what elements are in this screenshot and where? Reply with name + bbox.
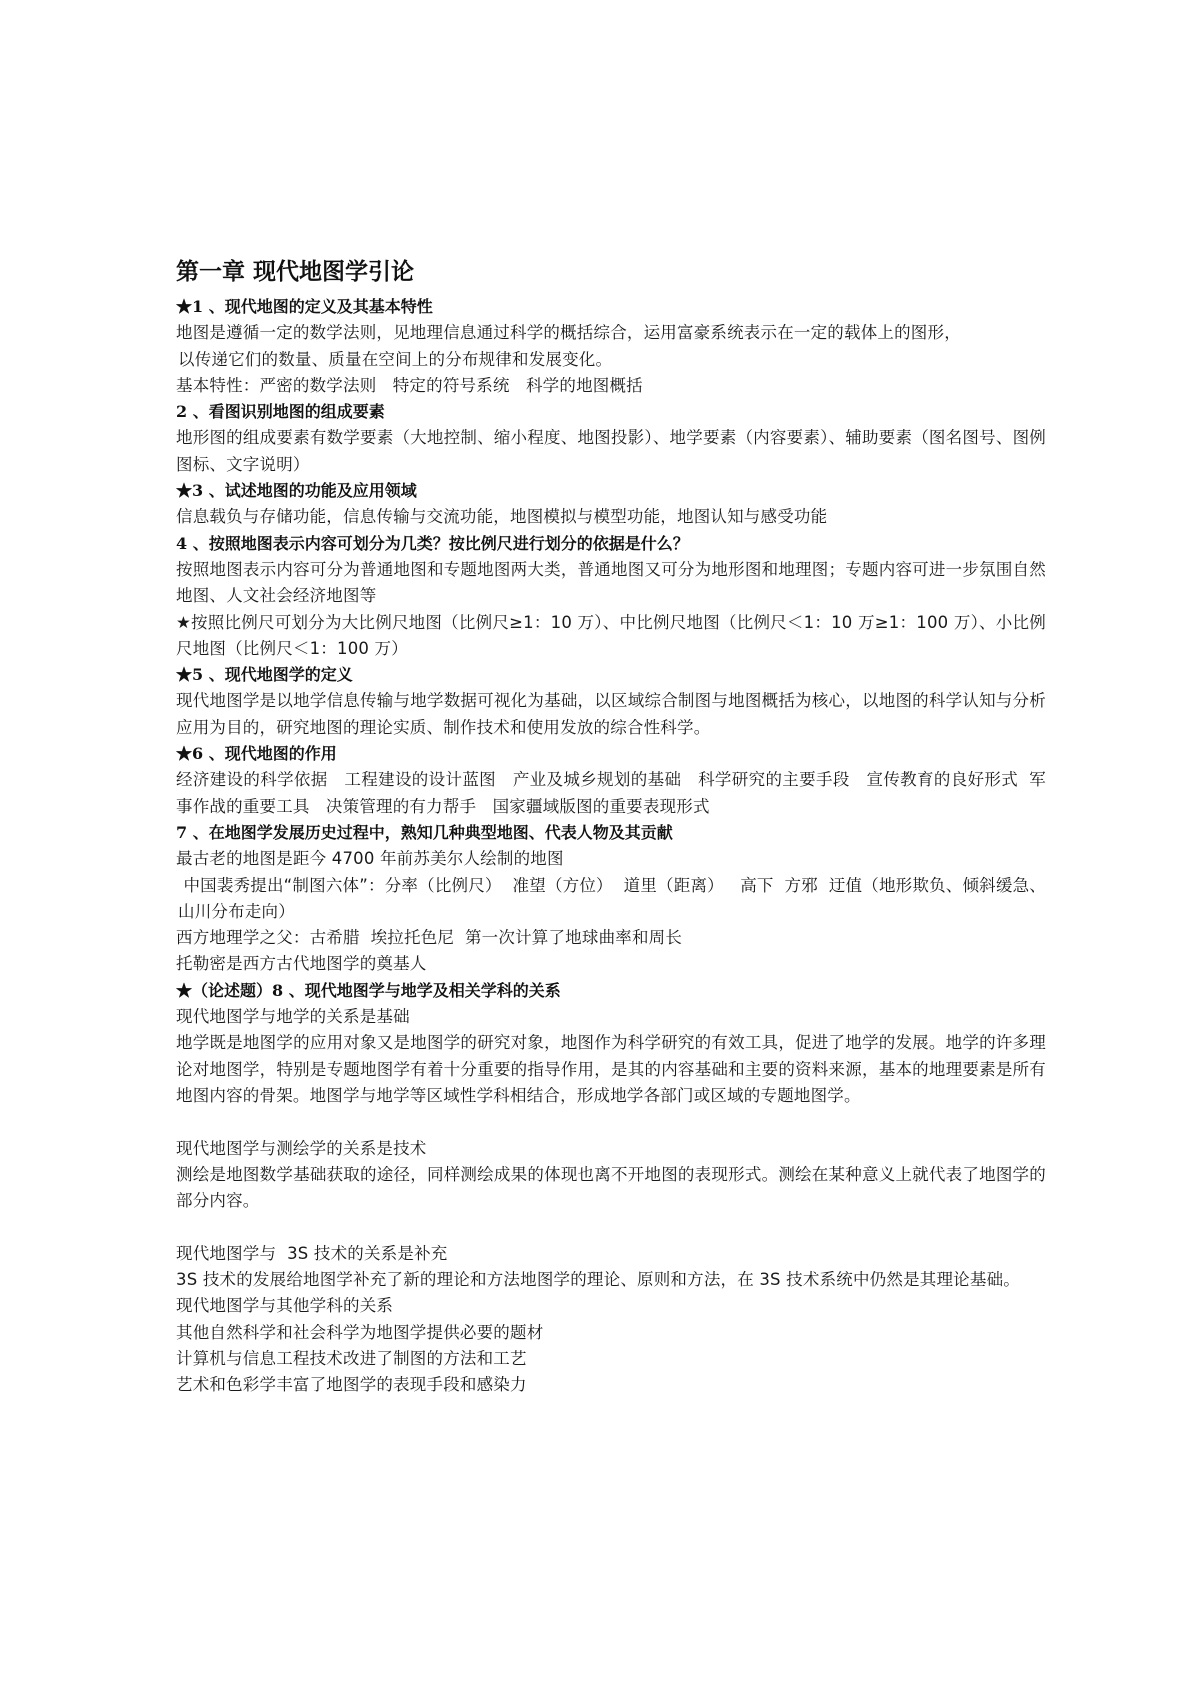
section-4: 4 、按照地图表示内容可划分为几类？按比例尺进行划分的依据是什么？ 按照地图表示… bbox=[176, 531, 1046, 662]
section-heading: ★6 、现代地图的作用 bbox=[176, 741, 1046, 767]
subheading-geoscience: 现代地图学与地学的关系是基础 bbox=[176, 1004, 1046, 1030]
subheading-3s: 现代地图学与 3S 技术的关系是补充 bbox=[176, 1241, 1046, 1267]
section-heading: ★3 、试述地图的功能及应用领域 bbox=[176, 478, 1046, 504]
section-8: ★（论述题）8 、现代地图学与地学及相关学科的关系 现代地图学与地学的关系是基础… bbox=[176, 978, 1046, 1399]
paragraph: 地图是遵循一定的数学法则，见地理信息通过科学的概括综合，运用富豪系统表示在一定的… bbox=[176, 320, 1046, 346]
chapter-title: 第一章 现代地图学引论 bbox=[176, 254, 1046, 290]
paragraph: 地形图的组成要素有数学要素（大地控制、缩小程度、地图投影）、地学要素（内容要素）… bbox=[176, 425, 1046, 478]
paragraph: 信息载负与存储功能，信息传输与交流功能，地图模拟与模型功能，地图认知与感受功能 bbox=[176, 504, 1046, 530]
paragraph: 测绘是地图数学基础获取的途径，同样测绘成果的体现也离不开地图的表现形式。测绘在某… bbox=[176, 1162, 1046, 1215]
section-heading: ★（论述题）8 、现代地图学与地学及相关学科的关系 bbox=[176, 978, 1046, 1004]
section-heading: 2 、看图识别地图的组成要素 bbox=[176, 399, 1046, 425]
paragraph: 其他自然科学和社会科学为地图学提供必要的题材 bbox=[176, 1320, 1046, 1346]
paragraph: 现代地图学是以地学信息传输与地学数据可视化为基础，以区域综合制图与地图概括为核心… bbox=[176, 688, 1046, 741]
paragraph: 以传递它们的数量、质量在空间上的分布规律和发展变化。 bbox=[176, 347, 1046, 373]
paragraph: 托勒密是西方古代地图学的奠基人 bbox=[176, 951, 1046, 977]
section-7: 7 、在地图学发展历史过程中，熟知几种典型地图、代表人物及其贡献 最古老的地图是… bbox=[176, 820, 1046, 978]
section-5: ★5 、现代地图学的定义 现代地图学是以地学信息传输与地学数据可视化为基础，以区… bbox=[176, 662, 1046, 741]
section-6: ★6 、现代地图的作用 经济建设的科学依据 工程建设的设计蓝图 产业及城乡规划的… bbox=[176, 741, 1046, 820]
paragraph: 经济建设的科学依据 工程建设的设计蓝图 产业及城乡规划的基础 科学研究的主要手段… bbox=[176, 767, 1046, 820]
section-heading: 7 、在地图学发展历史过程中，熟知几种典型地图、代表人物及其贡献 bbox=[176, 820, 1046, 846]
paragraph: 计算机与信息工程技术改进了制图的方法和工艺 bbox=[176, 1346, 1046, 1372]
paragraph: 中国裴秀提出“制图六体”：分率（比例尺） 准望（方位） 道里（距离） 高下 方邪… bbox=[176, 873, 1046, 926]
paragraph: 最古老的地图是距今 4700 年前苏美尔人绘制的地图 bbox=[176, 846, 1046, 872]
section-2: 2 、看图识别地图的组成要素 地形图的组成要素有数学要素（大地控制、缩小程度、地… bbox=[176, 399, 1046, 478]
paragraph: 3S 技术的发展给地图学补充了新的理论和方法地图学的理论、原则和方法，在 3S … bbox=[176, 1267, 1046, 1293]
paragraph: 艺术和色彩学丰富了地图学的表现手段和感染力 bbox=[176, 1372, 1046, 1398]
subheading-other-disciplines: 现代地图学与其他学科的关系 bbox=[176, 1293, 1046, 1319]
paragraph: 地学既是地图学的应用对象又是地图学的研究对象，地图作为科学研究的有效工具，促进了… bbox=[176, 1030, 1046, 1109]
section-heading: ★5 、现代地图学的定义 bbox=[176, 662, 1046, 688]
paragraph: 按照地图表示内容可分为普通地图和专题地图两大类，普通地图又可分为地形图和地理图；… bbox=[176, 557, 1046, 610]
paragraph: ★按照比例尺可划分为大比例尺地图（比例尺≥1：10 万）、中比例尺地图（比例尺＜… bbox=[176, 610, 1046, 663]
paragraph: 西方地理学之父：古希腊 埃拉托色尼 第一次计算了地球曲率和周长 bbox=[176, 925, 1046, 951]
document-page: 第一章 现代地图学引论 ★1 、现代地图的定义及其基本特性 地图是遵循一定的数学… bbox=[176, 254, 1046, 1398]
blank-line bbox=[176, 1214, 1046, 1240]
paragraph: 基本特性：严密的数学法则 特定的符号系统 科学的地图概括 bbox=[176, 373, 1046, 399]
section-3: ★3 、试述地图的功能及应用领域 信息载负与存储功能，信息传输与交流功能，地图模… bbox=[176, 478, 1046, 531]
subheading-surveying: 现代地图学与测绘学的关系是技术 bbox=[176, 1136, 1046, 1162]
section-heading: 4 、按照地图表示内容可划分为几类？按比例尺进行划分的依据是什么？ bbox=[176, 531, 1046, 557]
section-heading: ★1 、现代地图的定义及其基本特性 bbox=[176, 294, 1046, 320]
section-1: ★1 、现代地图的定义及其基本特性 地图是遵循一定的数学法则，见地理信息通过科学… bbox=[176, 294, 1046, 399]
blank-line bbox=[176, 1109, 1046, 1135]
